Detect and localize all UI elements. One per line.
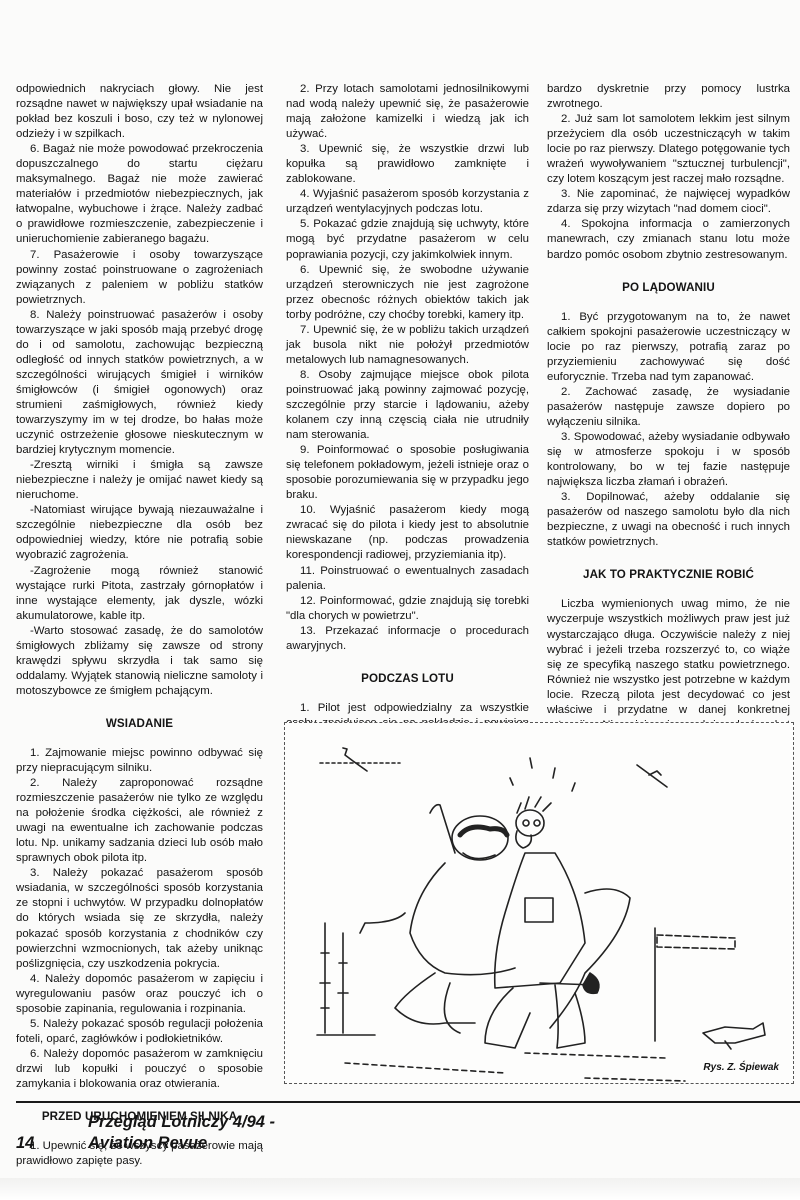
paragraph: 3. Spowodować, ażeby wysiadanie odbywało…	[547, 430, 790, 490]
paragraph: 6. Bagaż nie może powodować przekroczeni…	[16, 142, 263, 247]
paragraph: 1. Zajmowanie miejsc powinno odbywać się…	[16, 746, 263, 776]
paragraph: 7. Pasażerowie i osoby towarzyszące powi…	[16, 248, 263, 308]
paragraph: 4. Wyjaśnić pasażerom sposób korzystania…	[286, 187, 529, 217]
paragraph: 3. Należy pokazać pasażerom sposób wsiad…	[16, 866, 263, 971]
paragraph: 7. Upewnić się, że w pobliżu takich urzą…	[286, 323, 529, 368]
paragraph: 3. Nie zapominać, że najwięcej wypadków …	[547, 187, 790, 217]
column-3: bardzo dyskretnie przy pomocy lustrka zw…	[547, 82, 790, 778]
paragraph: -Zresztą wirniki i śmigła są zawsze nieb…	[16, 458, 263, 503]
paragraph: 6. Upewnić się, że swobodne używanie urz…	[286, 263, 529, 323]
section-heading-po-ladowaniu: PO LĄDOWANIU	[547, 280, 790, 295]
paragraph: 6. Należy dopomóc pasażerom w zamknięciu…	[16, 1047, 263, 1092]
paragraph: 1. Być przygotowanym na to, że nawet cał…	[547, 310, 790, 385]
paragraph: 3. Dopilnować, ażeby oddalanie się pasaż…	[547, 490, 790, 550]
section-heading-podczas-lotu: PODCZAS LOTU	[286, 671, 529, 686]
paragraph: odpowiednich nakryciach głowy. Nie jest …	[16, 82, 263, 142]
illustration-caption: Rys. Z. Śpiewak	[703, 1062, 779, 1073]
paragraph: 2. Należy zaproponować rozsądne rozmiesz…	[16, 776, 263, 866]
paragraph: 12. Poinformować, gdzie znajdują się tor…	[286, 594, 529, 624]
magazine-title-line-2: Aviation Revue	[88, 1133, 275, 1154]
magazine-title-line-1: Przegląd Lotniczy 4/94 -	[88, 1112, 275, 1133]
paragraph: 9. Poinformować o sposobie posługiwania …	[286, 443, 529, 503]
footer-divider	[16, 1101, 800, 1103]
paragraph: 2. Już sam lot samolotem lekkim jest sil…	[547, 112, 790, 187]
section-heading-wsiadanie: WSIADANIE	[16, 716, 263, 731]
paragraph: -Warto stosować zasadę, że do samolotów …	[16, 624, 263, 699]
column-2: 2. Przy lotach samolotami jednosilnikowy…	[286, 82, 529, 761]
cartoon-illustration: Rys. Z. Śpiewak	[284, 722, 794, 1084]
paragraph: 2. Zachować zasadę, że wysiadanie pasaże…	[547, 385, 790, 430]
magazine-title: Przegląd Lotniczy 4/94 - Aviation Revue	[88, 1112, 275, 1154]
paragraph: 5. Należy pokazać sposób regulacji położ…	[16, 1017, 263, 1047]
scan-bottom-edge	[0, 1178, 800, 1200]
paragraph: 4. Należy dopomóc pasażerom w zapięciu i…	[16, 972, 263, 1017]
column-1: odpowiednich nakryciach głowy. Nie jest …	[16, 82, 263, 1169]
paragraph: 3. Upewnić się, że wszystkie drzwi lub k…	[286, 142, 529, 187]
paragraph: 8. Osoby zajmujące miejsce obok pilota p…	[286, 368, 529, 443]
page-number: 14	[16, 1133, 34, 1154]
paragraph: 10. Wyjaśnić pasażerom kiedy mogą zwraca…	[286, 503, 529, 563]
paragraph: 8. Należy poinstruować pasażerów i osoby…	[16, 308, 263, 458]
paragraph: 13. Przekazać informacje o procedurach a…	[286, 624, 529, 654]
paragraph: 5. Pokazać gdzie znajdują się uchwyty, k…	[286, 217, 529, 262]
paragraph: bardzo dyskretnie przy pomocy lustrka zw…	[547, 82, 790, 112]
paragraph: -Zagrożenie mogą również stanowić wystaj…	[16, 564, 263, 624]
paragraph: 11. Poinstruować o ewentualnych zasadach…	[286, 564, 529, 594]
cartoon-drawing-icon	[285, 723, 793, 1083]
paragraph: 2. Przy lotach samolotami jednosilnikowy…	[286, 82, 529, 142]
paragraph: 4. Spokojna informacja o zamierzonych ma…	[547, 217, 790, 262]
paragraph: -Natomiast wirujące bywają niezauważalne…	[16, 503, 263, 563]
section-heading-jak-to-praktycznie-robic: JAK TO PRAKTYCZNIE ROBIĆ	[547, 567, 790, 582]
